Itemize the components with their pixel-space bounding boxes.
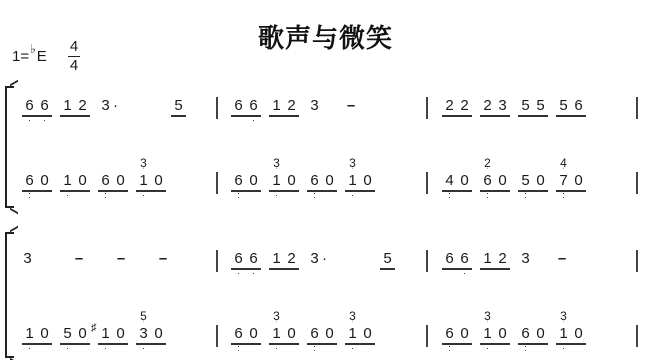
note: 6: [98,172,113,190]
note-group: 1 2 [60,93,90,118]
note-group: 6: 0 [518,321,548,346]
note: 0 [113,325,128,343]
note: 0 [571,172,586,190]
chord-note: 2·6: [480,172,495,190]
key-prefix: 1= [12,48,29,65]
extension-dash: – [58,250,100,268]
note: 5· [60,325,75,343]
note: 0 [322,172,337,190]
chord-note: 3·1· [556,325,571,343]
barline [216,97,218,119]
note: 0 [151,172,166,190]
note-group: 1· 0 [22,321,52,346]
note: 3 [20,250,35,268]
note: 3 [98,97,113,115]
note: 0 [37,172,52,190]
barline [636,325,638,347]
note: 3 [495,97,510,115]
time-denominator: 4 [67,57,81,75]
key-note: E [37,48,47,65]
note: 1 [269,97,284,115]
note: 2 [284,97,299,115]
note: 6· [246,97,261,115]
note: 6: [442,325,457,343]
note-group: 2 2 [442,93,472,118]
note-group: 5·3· 0 [136,321,166,346]
note-group: 1 2 [480,246,510,271]
note: 5 [380,250,395,268]
note: 0 [284,172,299,190]
note-group: 6: 0 [231,321,261,346]
note: 6: [231,172,246,190]
measure: 6· 6· 1 2 3 · 5 [22,93,194,129]
system-1-accompaniment: 6: 0 1· 0 6: 0 3·1· 0 6: 0 3·1· 0 6: 0 [0,168,651,204]
note-group: 5 5 [518,93,548,118]
chord-note: 5·3· [136,325,151,343]
measure: 2 2 2 3 5 5 5 6 [442,93,594,129]
note-group: 3·1· 0 [556,321,586,346]
note: 6· [22,97,37,115]
note: 6: [518,325,533,343]
extension-dash: – [100,250,142,268]
measure: 6 6· 1 2 3 – [231,93,372,129]
note: 0 [246,172,261,190]
note-group: 3·1· 0 [269,168,299,193]
note-group: 1 2 [269,246,299,271]
barline [636,172,638,194]
note-group: 6: 0 [231,168,261,193]
note: 1· [60,172,75,190]
note-group: 3 [518,246,533,271]
barline [216,172,218,194]
note: 0 [322,325,337,343]
note-group: 6: 0 [307,321,337,346]
note-group: 1 2 [269,93,299,118]
note-group: 3·1· 0 [345,321,375,346]
note: 4: [442,172,457,190]
note-group: 3·1· 0 [345,168,375,193]
note-group: 5 [380,246,395,271]
note-group: 1· 0 [60,168,90,193]
extension-dash: – [330,97,372,115]
note-group: 3 [307,93,322,118]
note-group: 2·6: 0 [480,168,510,193]
note: 1· [22,325,37,343]
note: 5 [171,97,186,115]
note: 3 [518,250,533,268]
chord-note: 3·1· [136,172,151,190]
chord-note: 3·1· [480,325,495,343]
note-group: 6: 0 [307,168,337,193]
chord-note: 4·7: [556,172,571,190]
note: 0 [533,172,548,190]
note-group: 6 6· [442,246,472,271]
note-group: 6· 6· [231,246,261,271]
measure: 6: 0 1· 0 6: 0 3·1· 0 [22,168,174,204]
chord-note: 3·1· [345,172,360,190]
note: 0 [360,325,375,343]
note-group: 6 6· [231,93,261,118]
extension-dash: – [541,250,583,268]
note-group: 3·1· 0 [480,321,510,346]
note: 5 [533,97,548,115]
note: 6· [231,250,246,268]
note-group: 3 [20,246,35,271]
barline [216,250,218,272]
note: 0 [75,172,90,190]
note: 0 [113,172,128,190]
barline [426,172,428,194]
note: 6· [37,97,52,115]
note-group: 3·1· 0 [136,168,166,193]
note: 0 [246,325,261,343]
measure: 6· 6· 1 2 3 · 5 [231,246,403,282]
note-group: 4·7: 0 [556,168,586,193]
key-signature: 1=♭E [12,48,47,65]
note-group: ♯1· 0 [98,321,128,346]
note: 6: [307,172,322,190]
note: 0 [533,325,548,343]
note: 2 [457,97,472,115]
score-title: 歌声与微笑 [0,18,651,55]
measure: 1· 0 5· 0 ♯1· 0 5·3· 0 [22,321,174,357]
note-group: 3 · [98,93,123,118]
note: 0 [37,325,52,343]
note: 2 [75,97,90,115]
time-signature: 4 4 [67,38,81,75]
note-group: 5 [171,93,186,118]
note: 6· [246,250,261,268]
note: 5 [556,97,571,115]
note: 3 [307,250,322,268]
note: 0 [75,325,90,343]
system-2-accompaniment: 1· 0 5· 0 ♯1· 0 5·3· 0 6: 0 3·1· 0 6: 0 [0,321,651,357]
note: 5: [518,172,533,190]
time-numerator: 4 [67,38,81,56]
note: 6 [571,97,586,115]
note: 0 [284,325,299,343]
note: 0 [457,325,472,343]
augmentation-dot: · [322,250,332,268]
note: ♯1· [98,325,113,343]
note-group: 3·1· 0 [269,321,299,346]
note-group: 6: 0 [98,168,128,193]
note: 0 [151,325,166,343]
note: 1 [480,250,495,268]
note: 2 [480,97,495,115]
note-group: 5 6 [556,93,586,118]
system-2-melody: 3 – – – 6· 6· 1 2 3 · 5 6 6· 1 2 [0,246,651,282]
note-group: 3 · [307,246,332,271]
measure: 4: 0 2·6: 0 5: 0 4·7: 0 [442,168,594,204]
note: 5 [518,97,533,115]
chord-note: 3·1· [269,325,284,343]
note-group: 2 3 [480,93,510,118]
extension-dash: – [142,250,184,268]
flat-icon: ♭ [30,42,36,56]
system-1-melody: 6· 6· 1 2 3 · 5 6 6· 1 2 3 – [0,93,651,129]
note: 6· [457,250,472,268]
note: 1 [269,250,284,268]
note: 0 [571,325,586,343]
note: 0 [495,172,510,190]
measure: 6 6· 1 2 3 – [442,246,583,282]
barline [636,250,638,272]
measure: 6: 0 3·1· 0 6: 0 3·1· 0 [442,321,594,357]
measure: 6: 0 3·1· 0 6: 0 3·1· 0 [231,321,383,357]
measure: 3 – – – [20,246,184,282]
note-group: 5· 0 [60,321,90,346]
note-group: 6: 0 [442,321,472,346]
note: 3 [307,97,322,115]
note-group: 6: 0 [22,168,52,193]
note: 1 [60,97,75,115]
measure: 6: 0 3·1· 0 6: 0 3·1· 0 [231,168,383,204]
chord-note: 3·1· [345,325,360,343]
note: 2 [284,250,299,268]
barline [426,325,428,347]
note: 2 [442,97,457,115]
barline [636,97,638,119]
note-group: 5: 0 [518,168,548,193]
note: 6: [231,325,246,343]
note: 6 [231,97,246,115]
note: 0 [360,172,375,190]
note: 2 [495,250,510,268]
chord-note: 3·1· [269,172,284,190]
note-group: 6· 6· [22,93,52,118]
note: 6 [442,250,457,268]
note-group: 4: 0 [442,168,472,193]
barline [216,325,218,347]
note: 0 [457,172,472,190]
note: 6: [307,325,322,343]
note: 0 [495,325,510,343]
sharp-icon: ♯ [91,319,97,337]
augmentation-dot: · [113,97,123,115]
barline [426,97,428,119]
barline [426,250,428,272]
note: 6: [22,172,37,190]
